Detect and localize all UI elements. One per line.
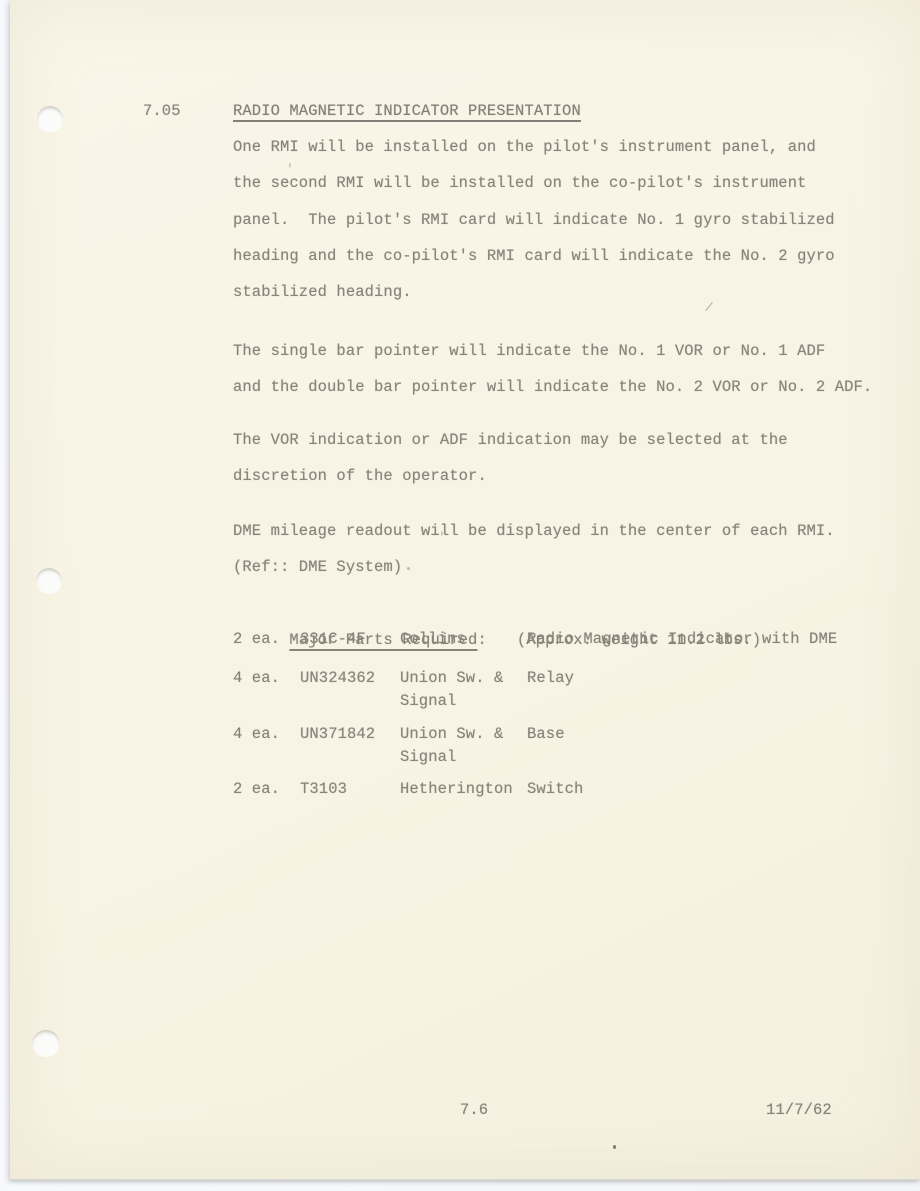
table-row: 4 ea. UN324362 Union Sw. & Signal Relay [233, 667, 903, 713]
part-qty: 2 ea. [233, 778, 300, 801]
hole-punch [37, 106, 63, 132]
part-vendor: Union Sw. & Signal [400, 723, 527, 769]
part-number: UN371842 [300, 723, 400, 769]
section-title: RADIO MAGNETIC INDICATOR PRESENTATION [233, 101, 581, 121]
table-row: 4 ea. UN371842 Union Sw. & Signal Base [233, 723, 903, 769]
part-number: UN324362 [300, 667, 400, 713]
part-number: T3103 [300, 778, 400, 801]
hole-punch [32, 1030, 60, 1057]
table-row: 2 ea. T3103 Hetherington Switch [233, 778, 903, 801]
table-row: 2 ea. 331C-4F Collins Radio Magnetic Ind… [233, 628, 903, 651]
part-description: Relay [527, 667, 903, 713]
part-description: Switch [527, 778, 903, 801]
section-number: 7.05 [143, 101, 181, 121]
paragraph-vor-adf-selection: The VOR indication or ADF indication may… [233, 422, 901, 495]
revision-date: 11/7/62 [766, 1100, 832, 1120]
part-vendor: Union Sw. & Signal [400, 667, 527, 713]
part-qty: 2 ea. [233, 628, 300, 651]
scan-speck [407, 567, 410, 570]
scan-speck: ' [438, 530, 446, 545]
part-description: Radio Magnetic Indicator with DME [527, 628, 903, 651]
hole-punch [36, 568, 62, 594]
scan-speck [613, 1145, 616, 1149]
part-qty: 4 ea. [233, 667, 300, 713]
part-description: Base [527, 723, 903, 769]
page-number: 7.6 [460, 1100, 488, 1120]
document-page: 7.05 RADIO MAGNETIC INDICATOR PRESENTATI… [10, 0, 920, 1180]
part-number: 331C-4F [300, 628, 400, 651]
scanner-background: 7.05 RADIO MAGNETIC INDICATOR PRESENTATI… [0, 0, 920, 1191]
paragraph-bar-pointers: The single bar pointer will indicate the… [233, 333, 901, 406]
part-vendor: Hetherington [400, 778, 527, 801]
part-vendor: Collins [400, 628, 527, 651]
paragraph-rmi-installation: One RMI will be installed on the pilot's… [233, 129, 901, 310]
scan-speck: / [704, 299, 714, 315]
part-qty: 4 ea. [233, 723, 300, 769]
paragraph-dme-readout: DME mileage readout will be displayed in… [233, 513, 901, 586]
scan-speck: ' [286, 162, 294, 177]
